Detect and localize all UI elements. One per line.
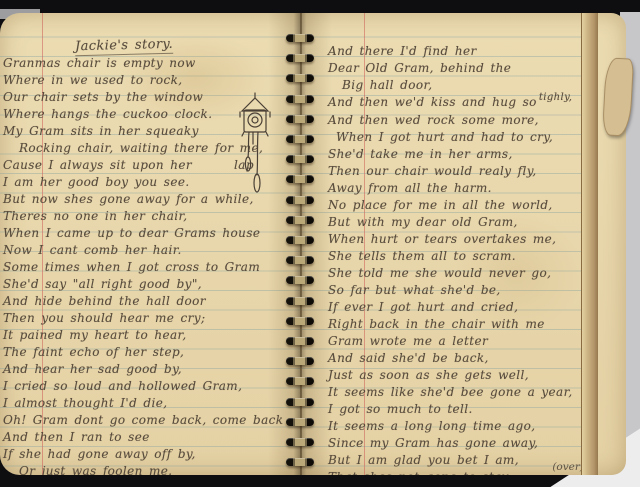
spiral-coil bbox=[286, 34, 314, 42]
handwritten-line: When I got hurt and had to cry, bbox=[336, 129, 594, 146]
handwritten-line: And then I ran to see bbox=[3, 429, 290, 446]
handwritten-line: When hurt or tears overtakes me, bbox=[328, 231, 594, 248]
spiral-binding bbox=[286, 34, 314, 475]
handwritten-line: Away from all the harm. bbox=[328, 180, 594, 197]
spiral-coil bbox=[286, 196, 314, 204]
spiral-coil bbox=[286, 317, 314, 325]
handwritten-line: And then wed rock some more, bbox=[328, 112, 594, 129]
handwritten-line: Some times when I got cross to Gram bbox=[3, 259, 290, 276]
handwritten-line: It pained my heart to hear, bbox=[3, 327, 290, 344]
handwritten-line: So far but what she'd be, bbox=[328, 282, 594, 299]
handwritten-line: And hear her sad good by, bbox=[3, 361, 290, 378]
spiral-coil bbox=[286, 438, 314, 446]
left-page: Jackie's story. Granmas chair is empty n… bbox=[0, 13, 300, 475]
handwritten-line: It seems like she'd bee gone a year, bbox=[328, 384, 594, 401]
handwritten-line: I cried so loud and hollowed Gram, bbox=[3, 378, 290, 395]
page-edge-stack bbox=[581, 13, 598, 475]
handwritten-line: And hide behind the hall door bbox=[3, 293, 290, 310]
right-page-lines: And there I'd find herDear Old Gram, beh… bbox=[328, 43, 594, 475]
handwritten-line: If she had gone away off by, bbox=[3, 446, 290, 463]
handwritten-line: No place for me in all the world, bbox=[328, 197, 594, 214]
handwritten-line: She'd take me in her arms, bbox=[328, 146, 594, 163]
handwritten-line: Since my Gram has gone away, bbox=[328, 435, 594, 452]
notebook-scan-photo: Jackie's story. Granmas chair is empty n… bbox=[0, 0, 640, 487]
spiral-coil bbox=[286, 256, 314, 264]
handwritten-line: She tells them all to scram. bbox=[328, 248, 594, 265]
spiral-coil bbox=[286, 74, 314, 82]
spiral-coil bbox=[286, 337, 314, 345]
handwritten-line: She'd say "all right good by", bbox=[3, 276, 290, 293]
spiral-coil bbox=[286, 236, 314, 244]
handwritten-line: Then you should hear me cry; bbox=[3, 310, 290, 327]
page-turn-note: (over) bbox=[552, 461, 584, 473]
spiral-coil bbox=[286, 357, 314, 365]
right-page-text: And there I'd find herDear Old Gram, beh… bbox=[328, 43, 594, 475]
spiral-coil bbox=[286, 135, 314, 143]
handwritten-line: Oh! Gram dont go come back, come back bbox=[3, 412, 290, 429]
spiral-coil bbox=[286, 216, 314, 224]
handwritten-line: Right back in the chair with me bbox=[328, 316, 594, 333]
handwritten-line: Now I cant comb her hair. bbox=[3, 242, 290, 259]
spiral-coil bbox=[286, 297, 314, 305]
right-page: And there I'd find herDear Old Gram, beh… bbox=[302, 13, 598, 475]
handwritten-line: It seems a long long time ago, bbox=[328, 418, 594, 435]
handwritten-line: And said she'd be back, bbox=[328, 350, 594, 367]
story-title: Jackie's story. bbox=[75, 36, 173, 57]
handwritten-line: I almost thought I'd die, bbox=[3, 395, 290, 412]
handwritten-line: The faint echo of her step, bbox=[3, 344, 290, 361]
handwritten-line: Dear Old Gram, behind the bbox=[328, 60, 594, 77]
spiral-coil bbox=[286, 95, 314, 103]
handwritten-line: If ever I got hurt and cried, bbox=[328, 299, 594, 316]
spiral-coil bbox=[286, 276, 314, 284]
spiral-coil bbox=[286, 418, 314, 426]
handwritten-line: When I came up to dear Grams house bbox=[3, 225, 290, 242]
spiral-coil bbox=[286, 54, 314, 62]
handwritten-line: And there I'd find her bbox=[328, 43, 594, 60]
handwritten-line: Or just was foolen me. bbox=[19, 463, 290, 475]
handwritten-line: She told me she would never go, bbox=[328, 265, 594, 282]
handwritten-line: Gram wrote me a letter bbox=[328, 333, 594, 350]
spiral-coil bbox=[286, 115, 314, 123]
handwritten-line: Just as soon as she gets well, bbox=[328, 367, 594, 384]
handwritten-line: But with my dear old Gram, bbox=[328, 214, 594, 231]
spiral-coil bbox=[286, 377, 314, 385]
spiral-coil bbox=[286, 175, 314, 183]
handwritten-line: Then our chair would realy fly, bbox=[328, 163, 594, 180]
handwritten-line: I got so much to tell. bbox=[328, 401, 594, 418]
spiral-coil bbox=[286, 458, 314, 466]
handwritten-line: Granmas chair is empty now bbox=[3, 55, 290, 72]
open-notebook: Jackie's story. Granmas chair is empty n… bbox=[0, 13, 626, 475]
spiral-coil bbox=[286, 398, 314, 406]
spiral-coil bbox=[286, 155, 314, 163]
handwritten-line: Where in we used to rock, bbox=[3, 72, 290, 89]
handwritten-line: Theres no one in her chair, bbox=[3, 208, 290, 225]
handwritten-line: And then we'd kiss and hug sotighly, bbox=[328, 94, 594, 112]
